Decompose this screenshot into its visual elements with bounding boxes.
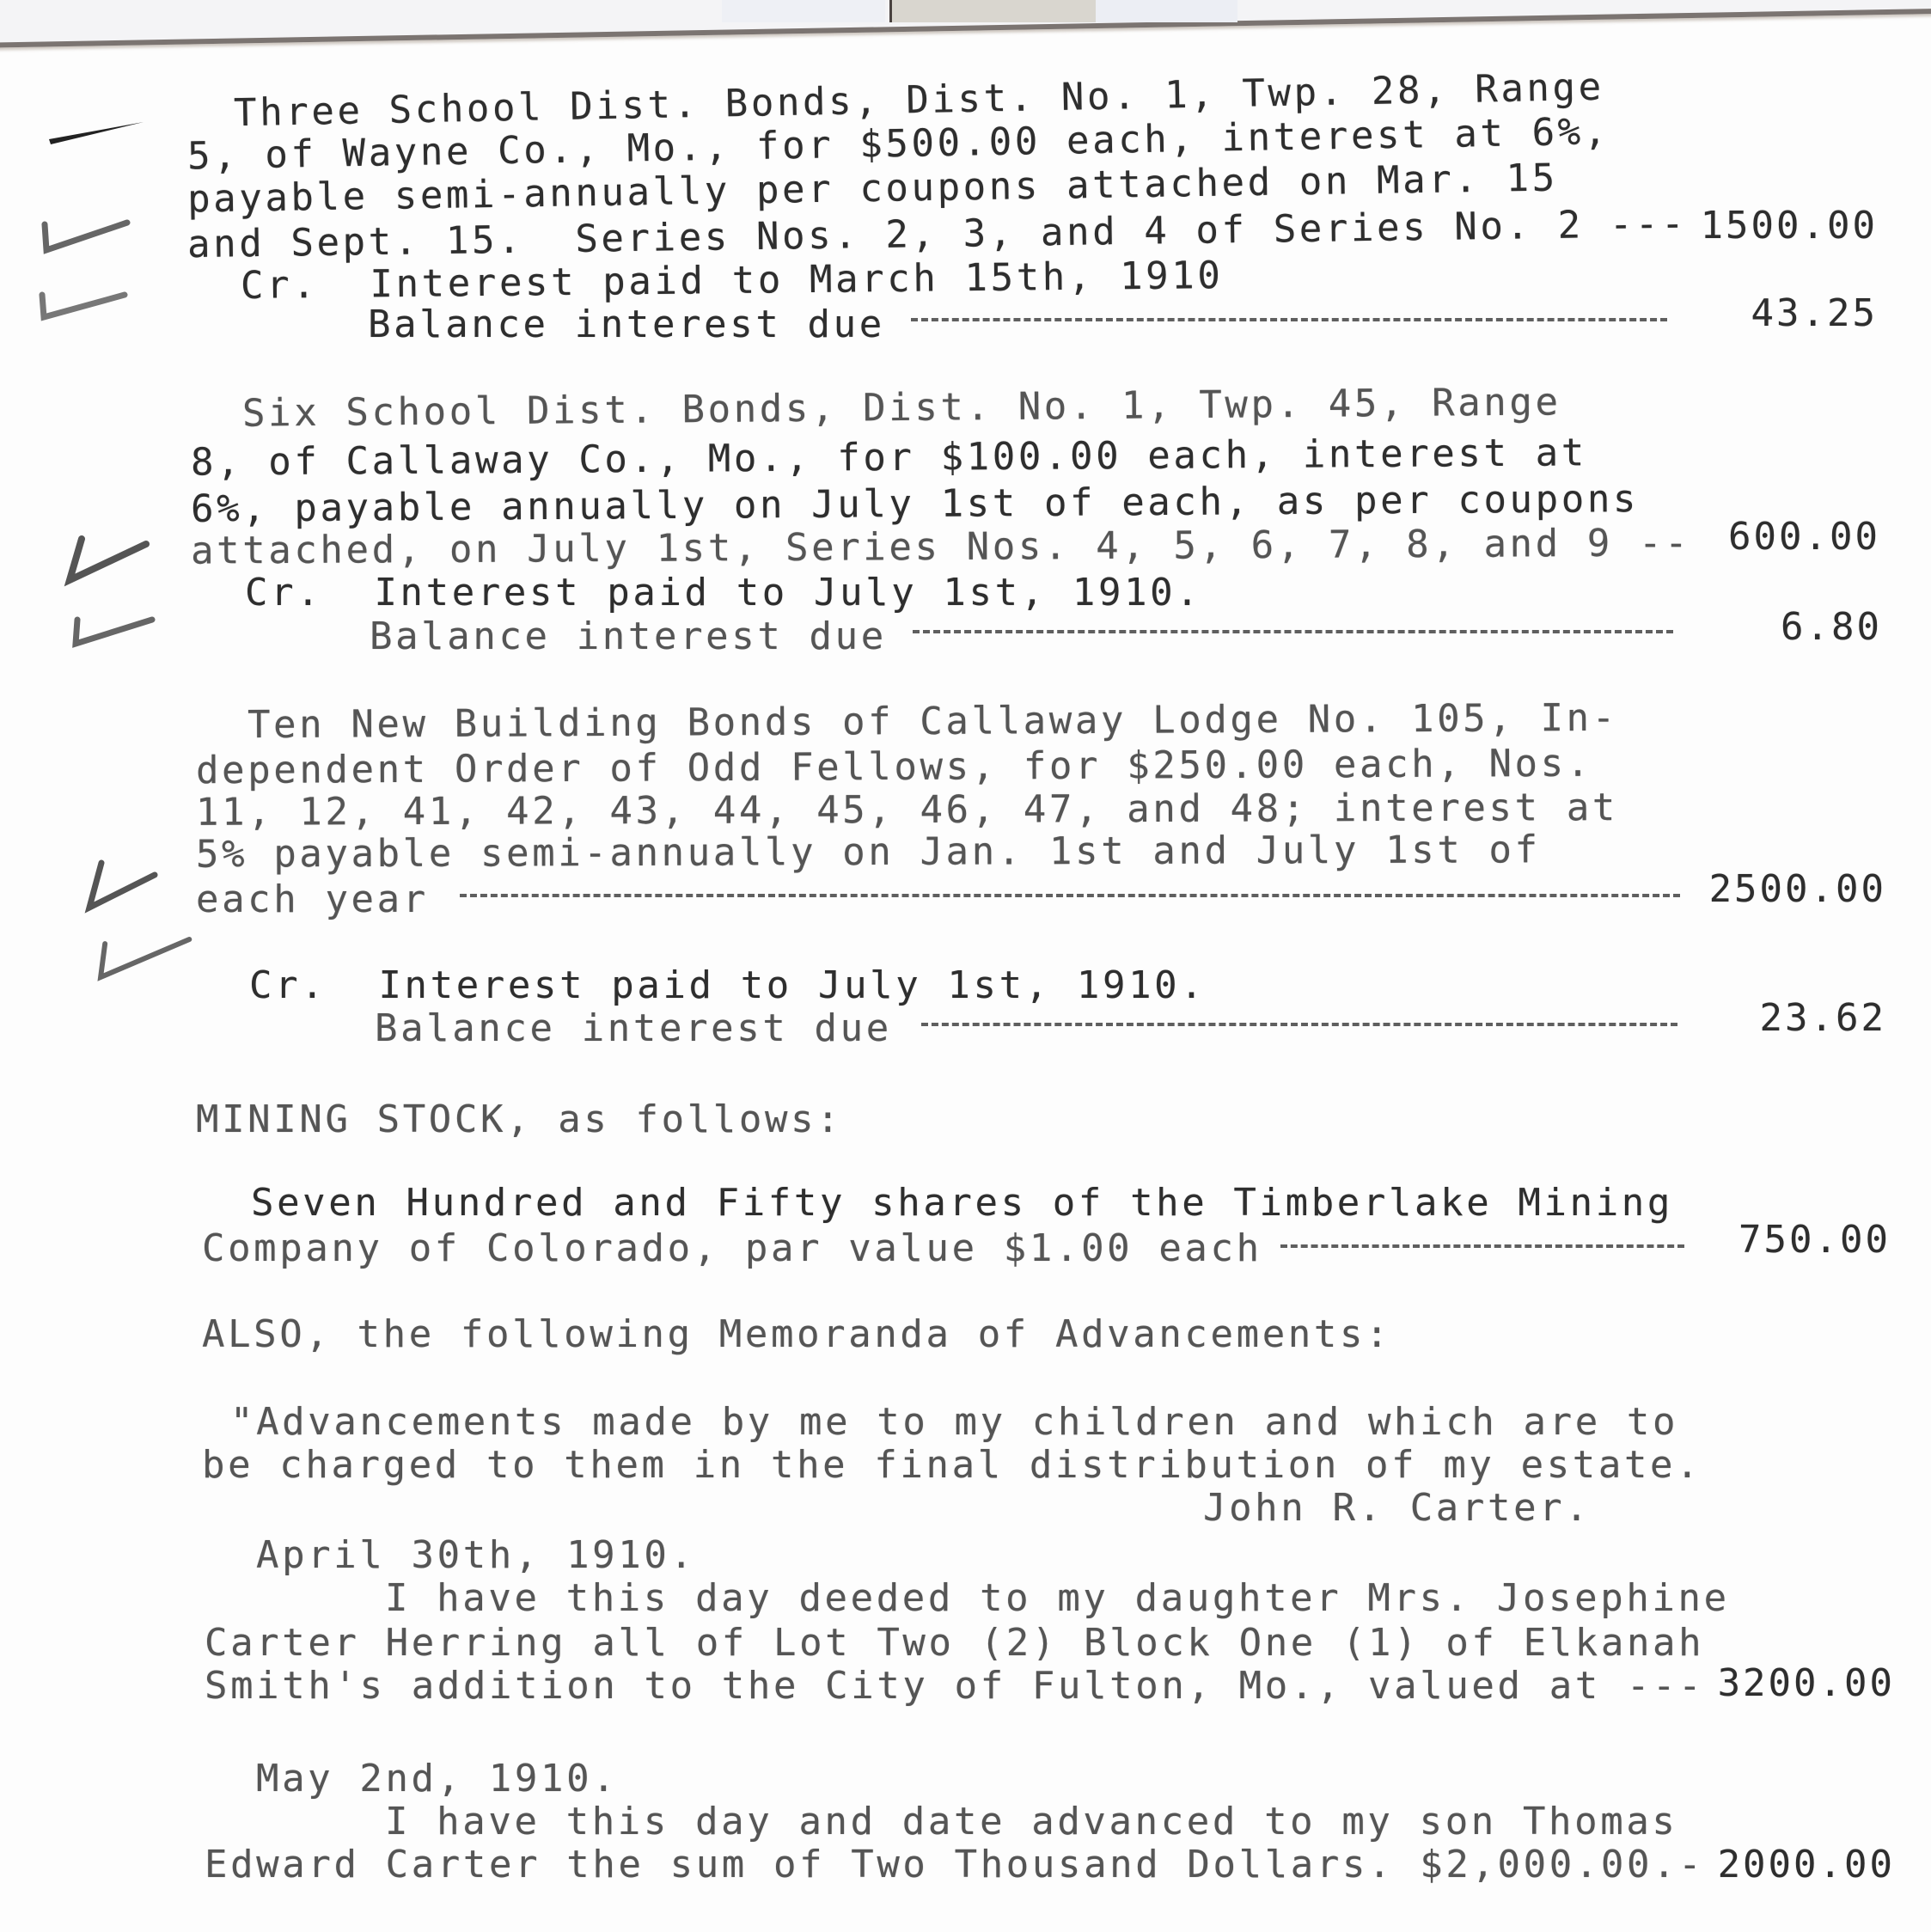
balance-label: Balance interest due <box>368 303 885 346</box>
check-mark-icon <box>41 219 136 254</box>
ledger-page: Three School Dist. Bonds, Dist. No. 1, T… <box>0 0 1931 1932</box>
balance-amount: 43.25 <box>1654 292 1878 335</box>
entry-line: 8, of Callaway Co., Mo., for $100.00 eac… <box>191 431 1587 484</box>
leader-dashes <box>913 630 1673 633</box>
entry-line: Ten New Building Bonds of Callaway Lodge… <box>247 697 1618 747</box>
entry-line: Smith's addition to the City of Fulton, … <box>205 1665 1704 1708</box>
balance-label: Balance interest due <box>370 615 887 658</box>
entry-line: 5% payable semi-annually on Jan. 1st and… <box>196 828 1541 876</box>
entry-line: Six School Dist. Bonds, Dist. No. 1, Twp… <box>242 381 1561 435</box>
entry-date: April 30th, 1910. <box>256 1534 696 1577</box>
principal-amount: 1500.00 <box>1654 205 1878 248</box>
check-mark-icon <box>86 859 180 911</box>
leader-dashes <box>921 1023 1677 1026</box>
principal-amount: 2500.00 <box>1663 868 1886 911</box>
section-heading: MINING STOCK, as follows: <box>196 1098 842 1141</box>
section-heading: ALSO, the following Memoranda of Advance… <box>202 1313 1391 1356</box>
entry-line: Carter Herring all of Lot Two (2) Block … <box>205 1622 1704 1665</box>
check-mark-icon <box>96 932 191 984</box>
advance-amount: 3200.00 <box>1671 1662 1895 1705</box>
credit-line: Cr. Interest paid to March 15th, 1910 <box>241 254 1224 308</box>
quote-line: be charged to them in the final distribu… <box>202 1444 1702 1487</box>
dash-mark-icon <box>47 120 142 146</box>
entry-line: each year <box>196 878 429 921</box>
credit-line: Cr. Interest paid to July 1st, 1910. <box>249 964 1206 1007</box>
check-mark-icon <box>64 537 159 584</box>
leader-dashes <box>460 894 1680 897</box>
balance-label: Balance interest due <box>375 1007 892 1050</box>
signature: John R. Carter. <box>1203 1487 1591 1530</box>
entry-line: I have this day deeded to my daughter Mr… <box>385 1577 1730 1620</box>
entry-line: Company of Colorado, par value $1.00 eac… <box>202 1227 1262 1270</box>
balance-amount: 6.80 <box>1659 606 1882 649</box>
entry-line: I have this day and date advanced to my … <box>385 1801 1678 1843</box>
leader-dashes <box>1280 1244 1684 1248</box>
check-mark-icon <box>70 614 165 649</box>
check-mark-icon <box>39 288 133 322</box>
entry-line: dependent Order of Odd Fellows, for $250… <box>196 743 1592 793</box>
stock-amount: 750.00 <box>1667 1219 1891 1262</box>
leader-dashes <box>911 318 1667 321</box>
entry-line: attached, on July 1st, Series Nos. 4, 5,… <box>191 522 1690 572</box>
principal-amount: 600.00 <box>1657 516 1880 559</box>
entry-date: May 2nd, 1910. <box>256 1758 618 1801</box>
entry-line: Edward Carter the sum of Two Thousand Do… <box>205 1843 1704 1886</box>
balance-amount: 23.62 <box>1663 997 1886 1040</box>
advance-amount: 2000.00 <box>1671 1843 1895 1886</box>
entry-line: 11, 12, 41, 42, 43, 44, 45, 46, 47, and … <box>196 786 1618 835</box>
quote-line: "Advancements made by me to my children … <box>230 1401 1678 1444</box>
entry-line: Seven Hundred and Fifty shares of the Ti… <box>251 1182 1673 1225</box>
credit-line: Cr. Interest paid to July 1st, 1910. <box>245 572 1201 614</box>
